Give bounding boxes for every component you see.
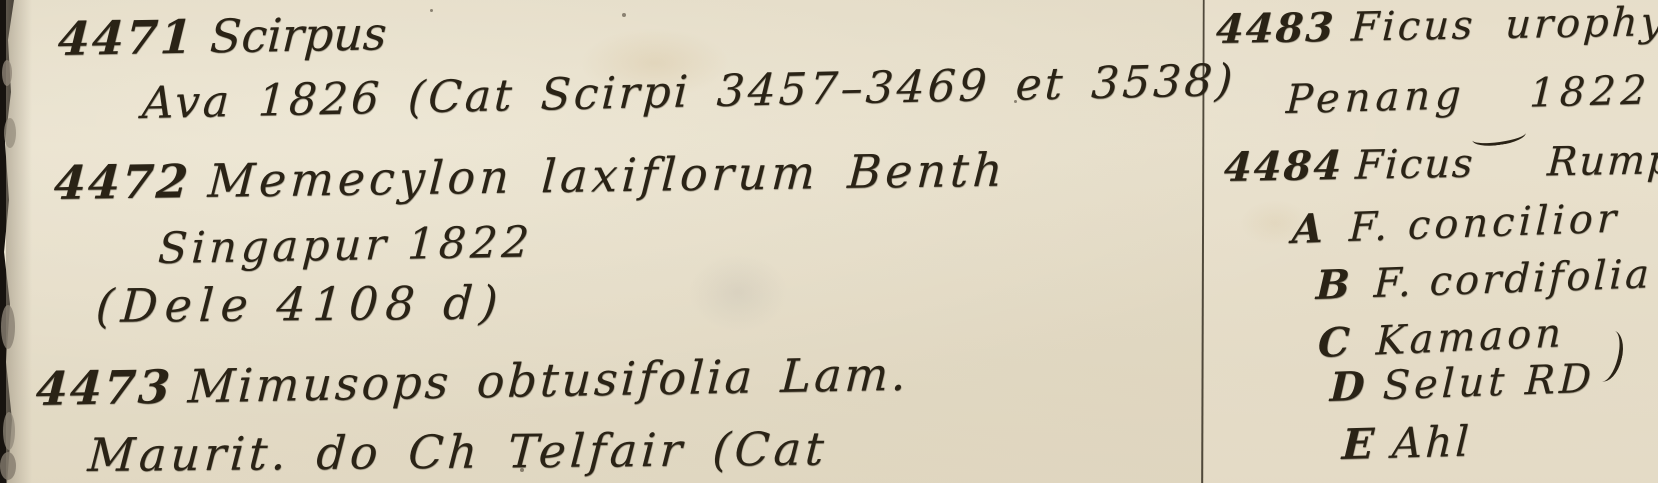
entry-name: Ficus Rumph bbox=[1354, 140, 1658, 187]
detail-line: Singapur 1822 bbox=[157, 221, 534, 271]
entry-name: Scirpus bbox=[209, 10, 388, 60]
paper-edge-wear bbox=[3, 412, 15, 450]
entry-number: 4472 bbox=[53, 158, 192, 207]
variant-name: Ahl bbox=[1391, 421, 1473, 466]
paper-edge-wear bbox=[1, 305, 15, 349]
entry-heading: 4483 Ficus urophylla bbox=[1215, 1, 1658, 51]
entry-name: Mimusops obtusifolia Lam. bbox=[187, 351, 910, 411]
entry-name: Ficus urophylla bbox=[1350, 1, 1658, 48]
ink-speck bbox=[430, 9, 433, 12]
detail-line: Penang 1822 bbox=[1285, 70, 1652, 120]
variant-letter: D bbox=[1329, 367, 1365, 409]
entry-number: 4483 bbox=[1215, 8, 1336, 51]
variant-name: F. cordifolia bbox=[1373, 254, 1653, 305]
entry-heading: 4484 Ficus Rumph bbox=[1223, 140, 1658, 189]
variant-name: Selut RD bbox=[1382, 359, 1596, 407]
variant-letter: B bbox=[1315, 265, 1350, 307]
variant-name: F. concilior bbox=[1348, 199, 1620, 249]
entry-heading: 4472 Memecylon laxiflorum Benth bbox=[53, 147, 1008, 207]
variant-letter: C bbox=[1317, 323, 1350, 365]
detail-line: (Dele 4108 d) bbox=[95, 279, 507, 329]
variant-row: D Selut RD bbox=[1329, 359, 1596, 409]
entry-name: Memecylon laxiflorum Benth bbox=[207, 147, 1008, 205]
variant-row: B F. cordifolia bbox=[1315, 254, 1652, 307]
variant-row: E Ahl bbox=[1341, 421, 1473, 467]
entry-number: 4484 bbox=[1223, 146, 1344, 189]
paper-edge-wear bbox=[0, 452, 16, 480]
entry-number: 4471 bbox=[57, 14, 195, 63]
entry-number: 4473 bbox=[35, 364, 173, 413]
paper-stain bbox=[688, 252, 788, 332]
variant-letter: E bbox=[1341, 423, 1375, 467]
detail-line: Ava 1826 (Cat Scirpi 3457–3469 et 3538) bbox=[141, 59, 1237, 127]
variant-row: A F. concilior bbox=[1291, 199, 1620, 251]
variant-name: Kamaon bbox=[1375, 313, 1565, 362]
entry-heading: 4471 Scirpus bbox=[57, 10, 388, 63]
manuscript-scan: 4471 Scirpus Ava 1826 (Cat Scirpi 3457–3… bbox=[0, 0, 1658, 483]
entry-heading: 4473 Mimusops obtusifolia Lam. bbox=[35, 351, 910, 413]
paper-edge-wear bbox=[4, 118, 16, 148]
detail-line: Maurit. do Ch Telfair (Cat bbox=[87, 426, 830, 479]
variant-letter: A bbox=[1291, 209, 1323, 251]
ink-speck bbox=[622, 13, 626, 17]
paper-edge-wear bbox=[2, 60, 12, 86]
